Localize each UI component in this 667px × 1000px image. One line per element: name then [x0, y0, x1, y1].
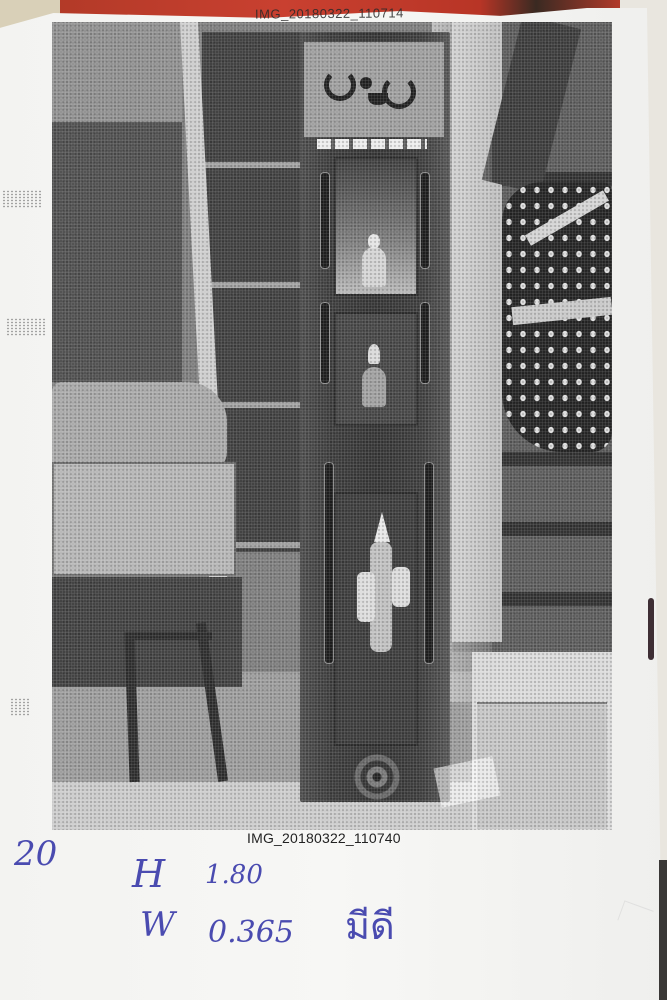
standing-deity-icon: [362, 512, 402, 662]
seated-buddha-icon: [362, 247, 386, 287]
storage-box: [52, 462, 236, 576]
stand-crossbar: [132, 632, 212, 640]
buddha-head-icon: [368, 234, 380, 248]
flower-carving-icon: [352, 752, 402, 802]
dark-door-area: [52, 122, 182, 382]
buddha-head-icon: [368, 344, 380, 364]
printed-photo: [52, 22, 612, 830]
handwritten-thai-note: มีดี: [345, 895, 395, 956]
handwritten-height-value: 1.80: [205, 860, 263, 890]
seated-buddha-icon: [362, 367, 386, 407]
handwritten-width-value: 0.365: [208, 915, 294, 950]
pen-mark: [648, 598, 654, 660]
carved-slot: [420, 302, 430, 384]
toner-smudge: [6, 318, 46, 336]
handwritten-width-label: W: [140, 905, 175, 945]
carved-slot: [424, 462, 434, 664]
carved-slot: [320, 172, 330, 269]
carved-slot: [320, 302, 330, 384]
handwritten-height-label: H: [132, 852, 165, 896]
carved-slot: [324, 462, 334, 664]
handwritten-item-number: 20: [14, 834, 57, 874]
background-edge: [659, 860, 667, 1000]
wall-area: [52, 22, 182, 122]
carved-slot: [420, 172, 430, 269]
shelf-board: [202, 162, 302, 168]
white-box: [477, 702, 607, 829]
toner-smudge: [2, 190, 42, 208]
draped-cloth: [52, 382, 227, 472]
bottom-image-caption: IMG_20180322_110740: [247, 830, 401, 846]
ornament-face-icon: [342, 67, 412, 112]
shelf-board: [202, 282, 302, 288]
decorative-band: [317, 139, 427, 149]
toner-smudge: [10, 698, 30, 716]
top-image-caption: IMG_20180322_110714: [255, 5, 404, 21]
